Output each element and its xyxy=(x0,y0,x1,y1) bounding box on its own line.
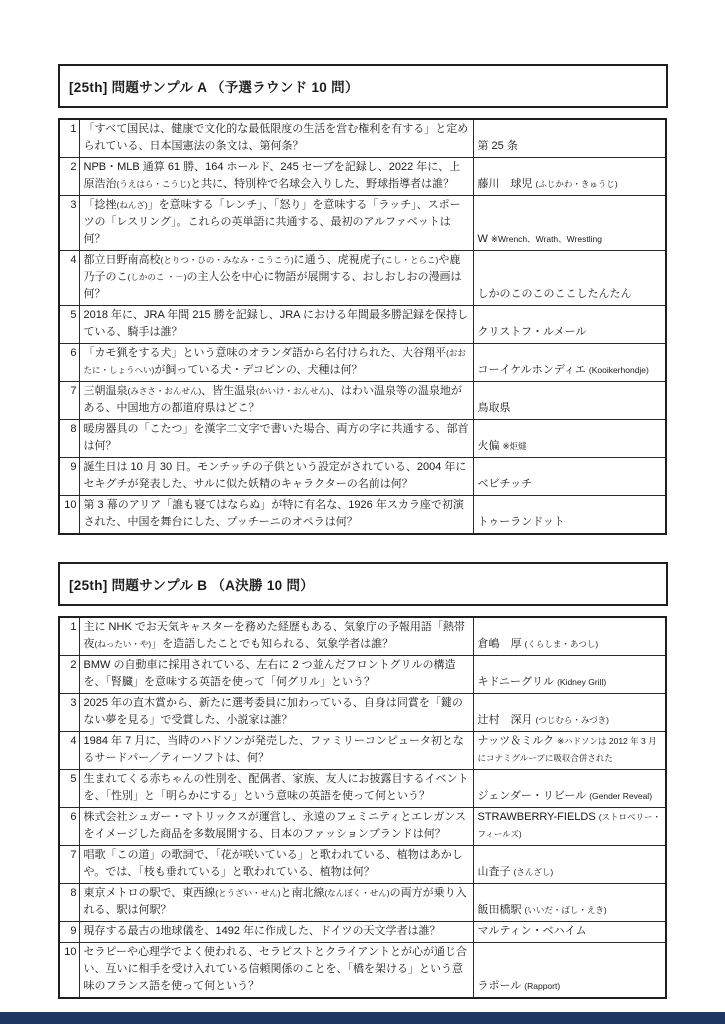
answer-note: (つじむら・みづき) xyxy=(536,715,610,725)
question-text: 第 3 幕のアリア「誰も寝てはならぬ」が特に有名な、1926 年スカラ座で初演さ… xyxy=(84,499,464,528)
answer-cell: 第 25 条 xyxy=(473,119,666,158)
table-row: 6「カモ猟をする犬」という意味のオランダ語から名付けられた、大谷翔平(おおたに・… xyxy=(59,344,666,382)
question-text: 、皆生温泉 xyxy=(201,385,256,397)
section-a-header: [25th] 問題サンプル A （予選ラウンド 10 問） xyxy=(58,64,668,108)
table-row: 2NPB・MLB 通算 61 勝、164 ホールド、245 セーブを記録し、20… xyxy=(59,158,666,196)
question-number: 3 xyxy=(59,694,79,732)
table-row: 9現存する最古の地球儀を、1492 年に作成した、ドイツの天文学者は誰？マルティ… xyxy=(59,922,666,943)
question-text: 三朝温泉 xyxy=(84,385,128,397)
answer-cell: クリストフ・ルメール xyxy=(473,306,666,344)
answer-cell: 鳥取県 xyxy=(473,382,666,420)
question-cell: 都立日野南高校(とりつ・ひの・みなみ・こうこう)に通う、虎視虎子(こし・とらこ)… xyxy=(79,251,473,306)
answer-cell: W※Wrench、Wrath、Wrestling xyxy=(473,196,666,251)
question-cell: NPB・MLB 通算 61 勝、164 ホールド、245 セーブを記録し、202… xyxy=(79,158,473,196)
answer-cell: ジェンダー・リビール(Gender Reveal) xyxy=(473,770,666,808)
question-text: 」を造語したことでも知られる、気象学者は誰？ xyxy=(151,638,393,650)
question-reading: (こし・とらこ) xyxy=(382,255,439,265)
table-row: 2BMW の自動車に採用されている、左右に 2 つ並んだフロントグリルの構造を、… xyxy=(59,656,666,694)
question-text: と南北線 xyxy=(280,887,324,899)
table-row: 9誕生日は 10 月 30 日。モンチッチの子供という設定がされている、2004… xyxy=(59,458,666,496)
table-row: 6株式会社シュガー・マトリックスが運営し、永遠のフェミニティとエレガンスをイメー… xyxy=(59,808,666,846)
question-number: 10 xyxy=(59,943,79,999)
section-a-title: [25th] 問題サンプル A （予選ラウンド 10 問） xyxy=(69,76,359,96)
answer-cell: 藤川 球児(ふじかわ・きゅうじ) xyxy=(473,158,666,196)
answer-text: キドニーグリル xyxy=(478,676,555,688)
answer-text: 藤川 球児 xyxy=(478,178,533,190)
section-b-header: [25th] 問題サンプル B （A決勝 10 問） xyxy=(58,562,668,606)
question-number: 5 xyxy=(59,306,79,344)
answer-note: (Rapport) xyxy=(524,981,560,991)
question-reading: (とりつ・ひの・みなみ・こうこう) xyxy=(161,255,294,265)
answer-note: (Gender Reveal) xyxy=(589,791,652,801)
question-cell: 現存する最古の地球儀を、1492 年に作成した、ドイツの天文学者は誰？ xyxy=(79,922,473,943)
question-text: BMW の自動車に採用されている、左右に 2 つ並んだフロントグリルの構造を、「… xyxy=(84,659,456,688)
question-text: 2018 年に、JRA 年間 215 勝を記録し、JRA における年間最多勝記録… xyxy=(84,309,468,338)
answer-cell: コーイケルホンディエ(Kooikerhondje) xyxy=(473,344,666,382)
answer-cell: ラポール(Rapport) xyxy=(473,943,666,999)
table-row: 5生まれてくる赤ちゃんの性別を、配偶者、家族、友人にお披露目するイベントを、「性… xyxy=(59,770,666,808)
question-reading: (とうざい・せん) xyxy=(215,888,280,898)
answer-cell: ナッツ＆ミルク※ハドソンは 2012 年 3 月にコナミグループに吸収合併された xyxy=(473,732,666,770)
answer-text: 倉嶋 厚 xyxy=(478,638,522,650)
question-text: と共に、特別枠で名球会入りした、野球指導者は誰？ xyxy=(190,178,454,190)
question-reading: (うえはら・こうじ) xyxy=(117,179,191,189)
question-reading: (かいけ・おんせん) xyxy=(256,386,330,396)
answer-text: W xyxy=(478,233,488,245)
document-page: [25th] 問題サンプル A （予選ラウンド 10 問） 1「すべて国民は、健… xyxy=(0,0,725,1024)
question-number: 7 xyxy=(59,382,79,420)
answer-text: コーイケルホンディエ xyxy=(478,364,586,376)
question-number: 5 xyxy=(59,770,79,808)
answer-text: ラポール xyxy=(478,980,522,992)
question-cell: 「捻挫(ねんざ)」を意味する「レンチ」、「怒り」を意味する「ラッチ」、スポーツの… xyxy=(79,196,473,251)
question-number: 3 xyxy=(59,196,79,251)
answer-note: (いいだ・ばし・えき) xyxy=(525,905,607,915)
table-row: 7唱歌「この道」の歌詞で、「花が咲いている」と歌われている、植物はあかしや。では… xyxy=(59,846,666,884)
question-text: 唱歌「この道」の歌詞で、「花が咲いている」と歌われている、植物はあかしや。では、… xyxy=(84,849,463,878)
question-cell: 第 3 幕のアリア「誰も寝てはならぬ」が特に有名な、1926 年スカラ座で初演さ… xyxy=(79,496,473,535)
answer-cell: 飯田橋駅(いいだ・ばし・えき) xyxy=(473,884,666,922)
answer-text: 火偏 xyxy=(478,440,500,452)
table-row: 7三朝温泉(みささ・おんせん)、皆生温泉(かいけ・おんせん)、はわい温泉等の温泉… xyxy=(59,382,666,420)
question-cell: セラピーや心理学でよく使われる、セラピストとクライアントとが心が通じ合い、互いに… xyxy=(79,943,473,999)
table-row: 8東京メトロの駅で、東西線(とうざい・せん)と南北線(なんぼく・せん)の両方が乗… xyxy=(59,884,666,922)
table-row: 1主に NHK でお天気キャスターを務めた経歴もある、気象庁の予報用語「熱帯夜(… xyxy=(59,617,666,656)
question-number: 2 xyxy=(59,656,79,694)
section-b: [25th] 問題サンプル B （A決勝 10 問） 1主に NHK でお天気キ… xyxy=(58,562,667,999)
question-reading: (ねんざ) xyxy=(117,200,148,210)
question-cell: 「すべて国民は、健康で文化的な最低限度の生活を営む権利を有する」と定められている… xyxy=(79,119,473,158)
section-a-table: 1「すべて国民は、健康で文化的な最低限度の生活を営む権利を有する」と定められてい… xyxy=(58,118,667,535)
question-cell: 「カモ猟をする犬」という意味のオランダ語から名付けられた、大谷翔平(おおたに・し… xyxy=(79,344,473,382)
question-text: 「捻挫 xyxy=(84,199,117,211)
table-row: 41984 年 7 月に、当時のハドソンが発売した、ファミリーコンピュータ初とな… xyxy=(59,732,666,770)
question-number: 4 xyxy=(59,251,79,306)
page-content: [25th] 問題サンプル A （予選ラウンド 10 問） 1「すべて国民は、健… xyxy=(0,0,725,999)
answer-cell: 山査子(さんざし) xyxy=(473,846,666,884)
answer-note: (Kidney Grill) xyxy=(557,677,606,687)
answer-note: ※炬燵 xyxy=(503,441,527,451)
question-cell: BMW の自動車に採用されている、左右に 2 つ並んだフロントグリルの構造を、「… xyxy=(79,656,473,694)
answer-cell: トゥーランドット xyxy=(473,496,666,535)
question-cell: 株式会社シュガー・マトリックスが運営し、永遠のフェミニティとエレガンスをイメージ… xyxy=(79,808,473,846)
answer-text: STRAWBERRY-FIELDS xyxy=(478,811,596,823)
question-cell: 1984 年 7 月に、当時のハドソンが発売した、ファミリーコンピュータ初となる… xyxy=(79,732,473,770)
question-number: 8 xyxy=(59,884,79,922)
table-row: 1「すべて国民は、健康で文化的な最低限度の生活を営む権利を有する」と定められてい… xyxy=(59,119,666,158)
question-text: 東京メトロの駅で、東西線 xyxy=(84,887,216,899)
question-text: 1984 年 7 月に、当時のハドソンが発売した、ファミリーコンピュータ初となる… xyxy=(84,735,464,764)
answer-cell: 辻村 深月(つじむら・みづき) xyxy=(473,694,666,732)
section-b-rows: 1主に NHK でお天気キャスターを務めた経歴もある、気象庁の予報用語「熱帯夜(… xyxy=(59,617,666,998)
table-row: 52018 年に、JRA 年間 215 勝を記録し、JRA における年間最多勝記… xyxy=(59,306,666,344)
question-number: 6 xyxy=(59,344,79,382)
answer-text: クリストフ・ルメール xyxy=(478,326,587,338)
answer-text: 飯田橋駅 xyxy=(478,904,522,916)
answer-text: ジェンダー・リビール xyxy=(478,790,587,802)
question-number: 1 xyxy=(59,119,79,158)
answer-text: しかのこのこのここしたんたん xyxy=(478,288,632,300)
answer-cell: 倉嶋 厚(くらしま・あつし) xyxy=(473,617,666,656)
section-b-table: 1主に NHK でお天気キャスターを務めた経歴もある、気象庁の予報用語「熱帯夜(… xyxy=(58,616,667,999)
footer-bar xyxy=(0,1012,725,1024)
question-number: 7 xyxy=(59,846,79,884)
question-cell: 唱歌「この道」の歌詞で、「花が咲いている」と歌われている、植物はあかしや。では、… xyxy=(79,846,473,884)
question-number: 10 xyxy=(59,496,79,535)
table-row: 3「捻挫(ねんざ)」を意味する「レンチ」、「怒り」を意味する「ラッチ」、スポーツ… xyxy=(59,196,666,251)
answer-note: (Kooikerhondje) xyxy=(589,365,649,375)
answer-note: (さんざし) xyxy=(514,867,554,877)
answer-note: ※Wrench、Wrath、Wrestling xyxy=(491,234,602,244)
answer-text: 鳥取県 xyxy=(478,402,511,414)
question-number: 4 xyxy=(59,732,79,770)
question-number: 2 xyxy=(59,158,79,196)
question-text: 都立日野南高校 xyxy=(84,254,161,266)
question-reading: (しかのこ ・－) xyxy=(128,272,187,282)
question-text: 「すべて国民は、健康で文化的な最低限度の生活を営む権利を有する」と定められている… xyxy=(84,123,469,152)
question-text: セラピーや心理学でよく使われる、セラピストとクライアントとが心が通じ合い、互いに… xyxy=(84,946,467,992)
question-cell: 暖房器具の「こたつ」を漢字二文字で書いた場合、両方の字に共通する、部首は何？ xyxy=(79,420,473,458)
table-row: 10セラピーや心理学でよく使われる、セラピストとクライアントとが心が通じ合い、互… xyxy=(59,943,666,999)
question-cell: 2025 年の直木賞から、新たに選考委員に加わっている、自身は同賞を「鍵のない夢… xyxy=(79,694,473,732)
answer-cell: STRAWBERRY-FIELDS(ストロベリー・フィールズ) xyxy=(473,808,666,846)
question-cell: 主に NHK でお天気キャスターを務めた経歴もある、気象庁の予報用語「熱帯夜(ね… xyxy=(79,617,473,656)
table-row: 4都立日野南高校(とりつ・ひの・みなみ・こうこう)に通う、虎視虎子(こし・とらこ… xyxy=(59,251,666,306)
question-text: に通う、虎視虎子 xyxy=(294,254,382,266)
question-text: 株式会社シュガー・マトリックスが運営し、永遠のフェミニティとエレガンスをイメージ… xyxy=(84,811,466,840)
answer-cell: しかのこのこのここしたんたん xyxy=(473,251,666,306)
answer-cell: 火偏※炬燵 xyxy=(473,420,666,458)
question-text: 暖房器具の「こたつ」を漢字二文字で書いた場合、両方の字に共通する、部首は何？ xyxy=(84,423,469,452)
answer-note: (ふじかわ・きゅうじ) xyxy=(536,179,618,189)
answer-text: 第 25 条 xyxy=(478,140,518,152)
question-cell: 誕生日は 10 月 30 日。モンチッチの子供という設定がされている、2004 … xyxy=(79,458,473,496)
answer-text: 辻村 深月 xyxy=(478,714,533,726)
question-cell: 生まれてくる赤ちゃんの性別を、配偶者、家族、友人にお披露目するイベントを、「性別… xyxy=(79,770,473,808)
section-a: [25th] 問題サンプル A （予選ラウンド 10 問） 1「すべて国民は、健… xyxy=(58,64,667,535)
answer-text: ナッツ＆ミルク xyxy=(478,735,555,747)
table-row: 32025 年の直木賞から、新たに選考委員に加わっている、自身は同賞を「鍵のない… xyxy=(59,694,666,732)
question-reading: (ねったい・や) xyxy=(95,639,152,649)
answer-text: 山査子 xyxy=(478,866,511,878)
question-text: 誕生日は 10 月 30 日。モンチッチの子供という設定がされている、2004 … xyxy=(84,461,467,490)
answer-note: (くらしま・あつし) xyxy=(525,639,599,649)
answer-text: トゥーランドット xyxy=(478,516,565,528)
question-cell: 東京メトロの駅で、東西線(とうざい・せん)と南北線(なんぼく・せん)の両方が乗り… xyxy=(79,884,473,922)
answer-cell: キドニーグリル(Kidney Grill) xyxy=(473,656,666,694)
table-row: 8暖房器具の「こたつ」を漢字二文字で書いた場合、両方の字に共通する、部首は何？火… xyxy=(59,420,666,458)
section-b-title: [25th] 問題サンプル B （A決勝 10 問） xyxy=(69,574,314,594)
question-number: 9 xyxy=(59,922,79,943)
answer-text: ベビチッチ xyxy=(478,478,533,490)
answer-text: マルティン・ベハイム xyxy=(478,925,587,937)
answer-cell: マルティン・ベハイム xyxy=(473,922,666,943)
answer-cell: ベビチッチ xyxy=(473,458,666,496)
question-cell: 2018 年に、JRA 年間 215 勝を記録し、JRA における年間最多勝記録… xyxy=(79,306,473,344)
question-number: 8 xyxy=(59,420,79,458)
question-reading: (みささ・おんせん) xyxy=(128,386,202,396)
section-a-rows: 1「すべて国民は、健康で文化的な最低限度の生活を営む権利を有する」と定められてい… xyxy=(59,119,666,534)
question-reading: (なんぼく・せん) xyxy=(324,888,389,898)
question-text: 生まれてくる赤ちゃんの性別を、配偶者、家族、友人にお披露目するイベントを、「性別… xyxy=(84,773,469,802)
question-text: 2025 年の直木賞から、新たに選考委員に加わっている、自身は同賞を「鍵のない夢… xyxy=(84,697,463,726)
question-number: 6 xyxy=(59,808,79,846)
question-text: 「カモ猟をする犬」という意味のオランダ語から名付けられた、大谷翔平 xyxy=(84,347,447,359)
question-text: が飼っている犬・デコピンの、犬種は何？ xyxy=(154,364,362,376)
question-text: 現存する最古の地球儀を、1492 年に作成した、ドイツの天文学者は誰？ xyxy=(84,925,441,937)
table-row: 10第 3 幕のアリア「誰も寝てはならぬ」が特に有名な、1926 年スカラ座で初… xyxy=(59,496,666,535)
question-cell: 三朝温泉(みささ・おんせん)、皆生温泉(かいけ・おんせん)、はわい温泉等の温泉地… xyxy=(79,382,473,420)
question-number: 9 xyxy=(59,458,79,496)
question-number: 1 xyxy=(59,617,79,656)
